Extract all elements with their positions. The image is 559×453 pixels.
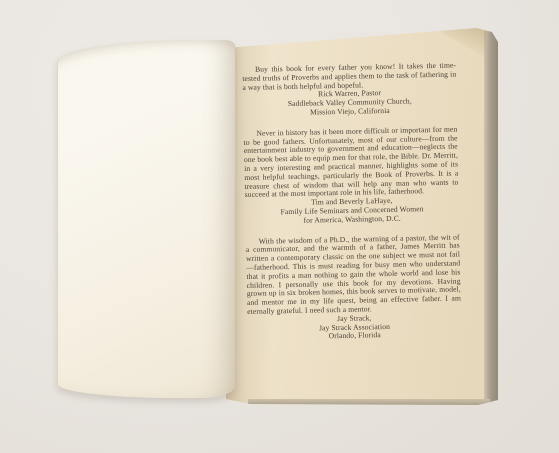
endorsement-2: Never in history has it been more diffic… [243,125,458,200]
page-block-edge [484,28,498,405]
page-block-bottom-edge [248,399,490,405]
endorsement-3-attribution: Jay Strack, Jay Strack Association Orlan… [247,312,462,343]
endorsements-text: Buy this book for every father you know!… [242,62,462,355]
endorsement-2-attribution: Tim and Beverly LaHaye, Family Life Semi… [245,196,460,227]
photo-background: Buy this book for every father you know!… [0,0,559,453]
right-page: Buy this book for every father you know!… [226,28,498,405]
corner-crease [434,28,486,58]
blank-left-page [57,40,235,398]
endorsement-3: With the wisdom of a Ph.D., the warning … [246,233,462,317]
endorsement-1-attribution: Rick Warren, Pastor Saddleback Valley Co… [243,88,458,119]
